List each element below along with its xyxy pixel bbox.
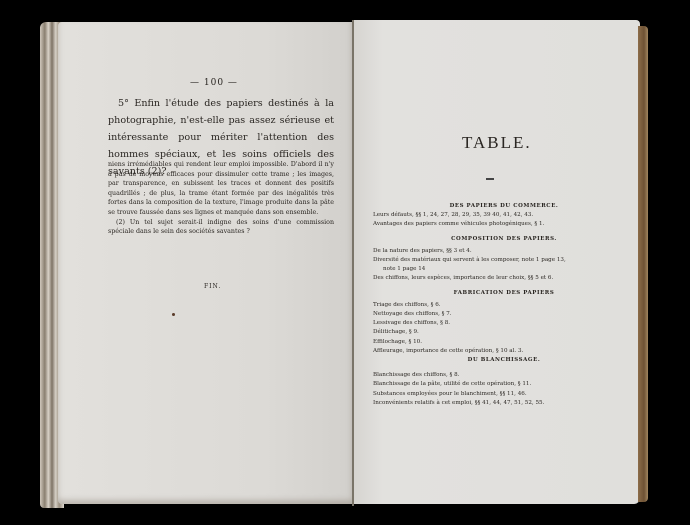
toc-entry: Triage des chiffons, § 6. bbox=[373, 301, 635, 310]
toc-entry: Leurs défauts, §§ 1, 24, 27, 28, 29, 35,… bbox=[373, 211, 635, 220]
toc-entry: Lessivage des chiffons, § 8. bbox=[373, 319, 635, 328]
toc-entry: Des chiffons, leurs espèces, importance … bbox=[373, 274, 635, 283]
section-heading: COMPOSITION DES PAPIERS. bbox=[373, 235, 635, 244]
paper-speck bbox=[172, 313, 175, 316]
toc-entry: Effilochage, § 10. bbox=[373, 338, 635, 347]
footnotes: niens irrémédiables qui rendent leur emp… bbox=[108, 160, 334, 237]
toc-entry: Nettoyage des chiffons, § 7. bbox=[373, 310, 635, 319]
section-heading: DU BLANCHISSAGE. bbox=[373, 356, 635, 365]
footnote-continuation: niens irrémédiables qui rendent leur emp… bbox=[108, 160, 334, 218]
toc-entry: note 1 page 14 bbox=[373, 265, 635, 274]
page-number: — 100 — bbox=[190, 78, 238, 88]
toc-entry: Délitichage, § 9. bbox=[373, 328, 635, 337]
table-title: TABLE. bbox=[462, 133, 532, 153]
section-heading: DES PAPIERS DU COMMERCE. bbox=[373, 202, 635, 211]
toc-entry: De la nature des papiers, §§ 3 et 4. bbox=[373, 247, 635, 256]
toc-entry: Avantages des papiers comme véhicules ph… bbox=[373, 220, 635, 229]
section-heading: FABRICATION DES PAPIERS bbox=[373, 289, 635, 298]
toc-entry: Inconvénients relatifs à cet emploi, §§ … bbox=[373, 399, 635, 408]
title-rule bbox=[486, 178, 494, 180]
toc-entry: Substances employées pour le blanchiment… bbox=[373, 390, 635, 399]
end-mark: FIN. bbox=[204, 283, 221, 290]
right-page-stack-edge bbox=[638, 26, 648, 502]
table-of-contents: DES PAPIERS DU COMMERCE. Leurs défauts, … bbox=[373, 202, 635, 408]
footnote-2: (2) Un tel sujet serait-il indigne des s… bbox=[108, 218, 334, 237]
book-gutter bbox=[352, 20, 354, 506]
toc-entry: Blanchissage des chiffons, § 8. bbox=[373, 371, 635, 380]
toc-entry: Diversité des matériaux qui servent à le… bbox=[373, 256, 635, 265]
toc-entry: Blanchissage de la pâte, utilité de cett… bbox=[373, 380, 635, 389]
toc-entry: Affleurage, importance de cette opératio… bbox=[373, 347, 635, 356]
open-book: — 100 — 5° Enfin l'étude des papiers des… bbox=[0, 0, 690, 525]
